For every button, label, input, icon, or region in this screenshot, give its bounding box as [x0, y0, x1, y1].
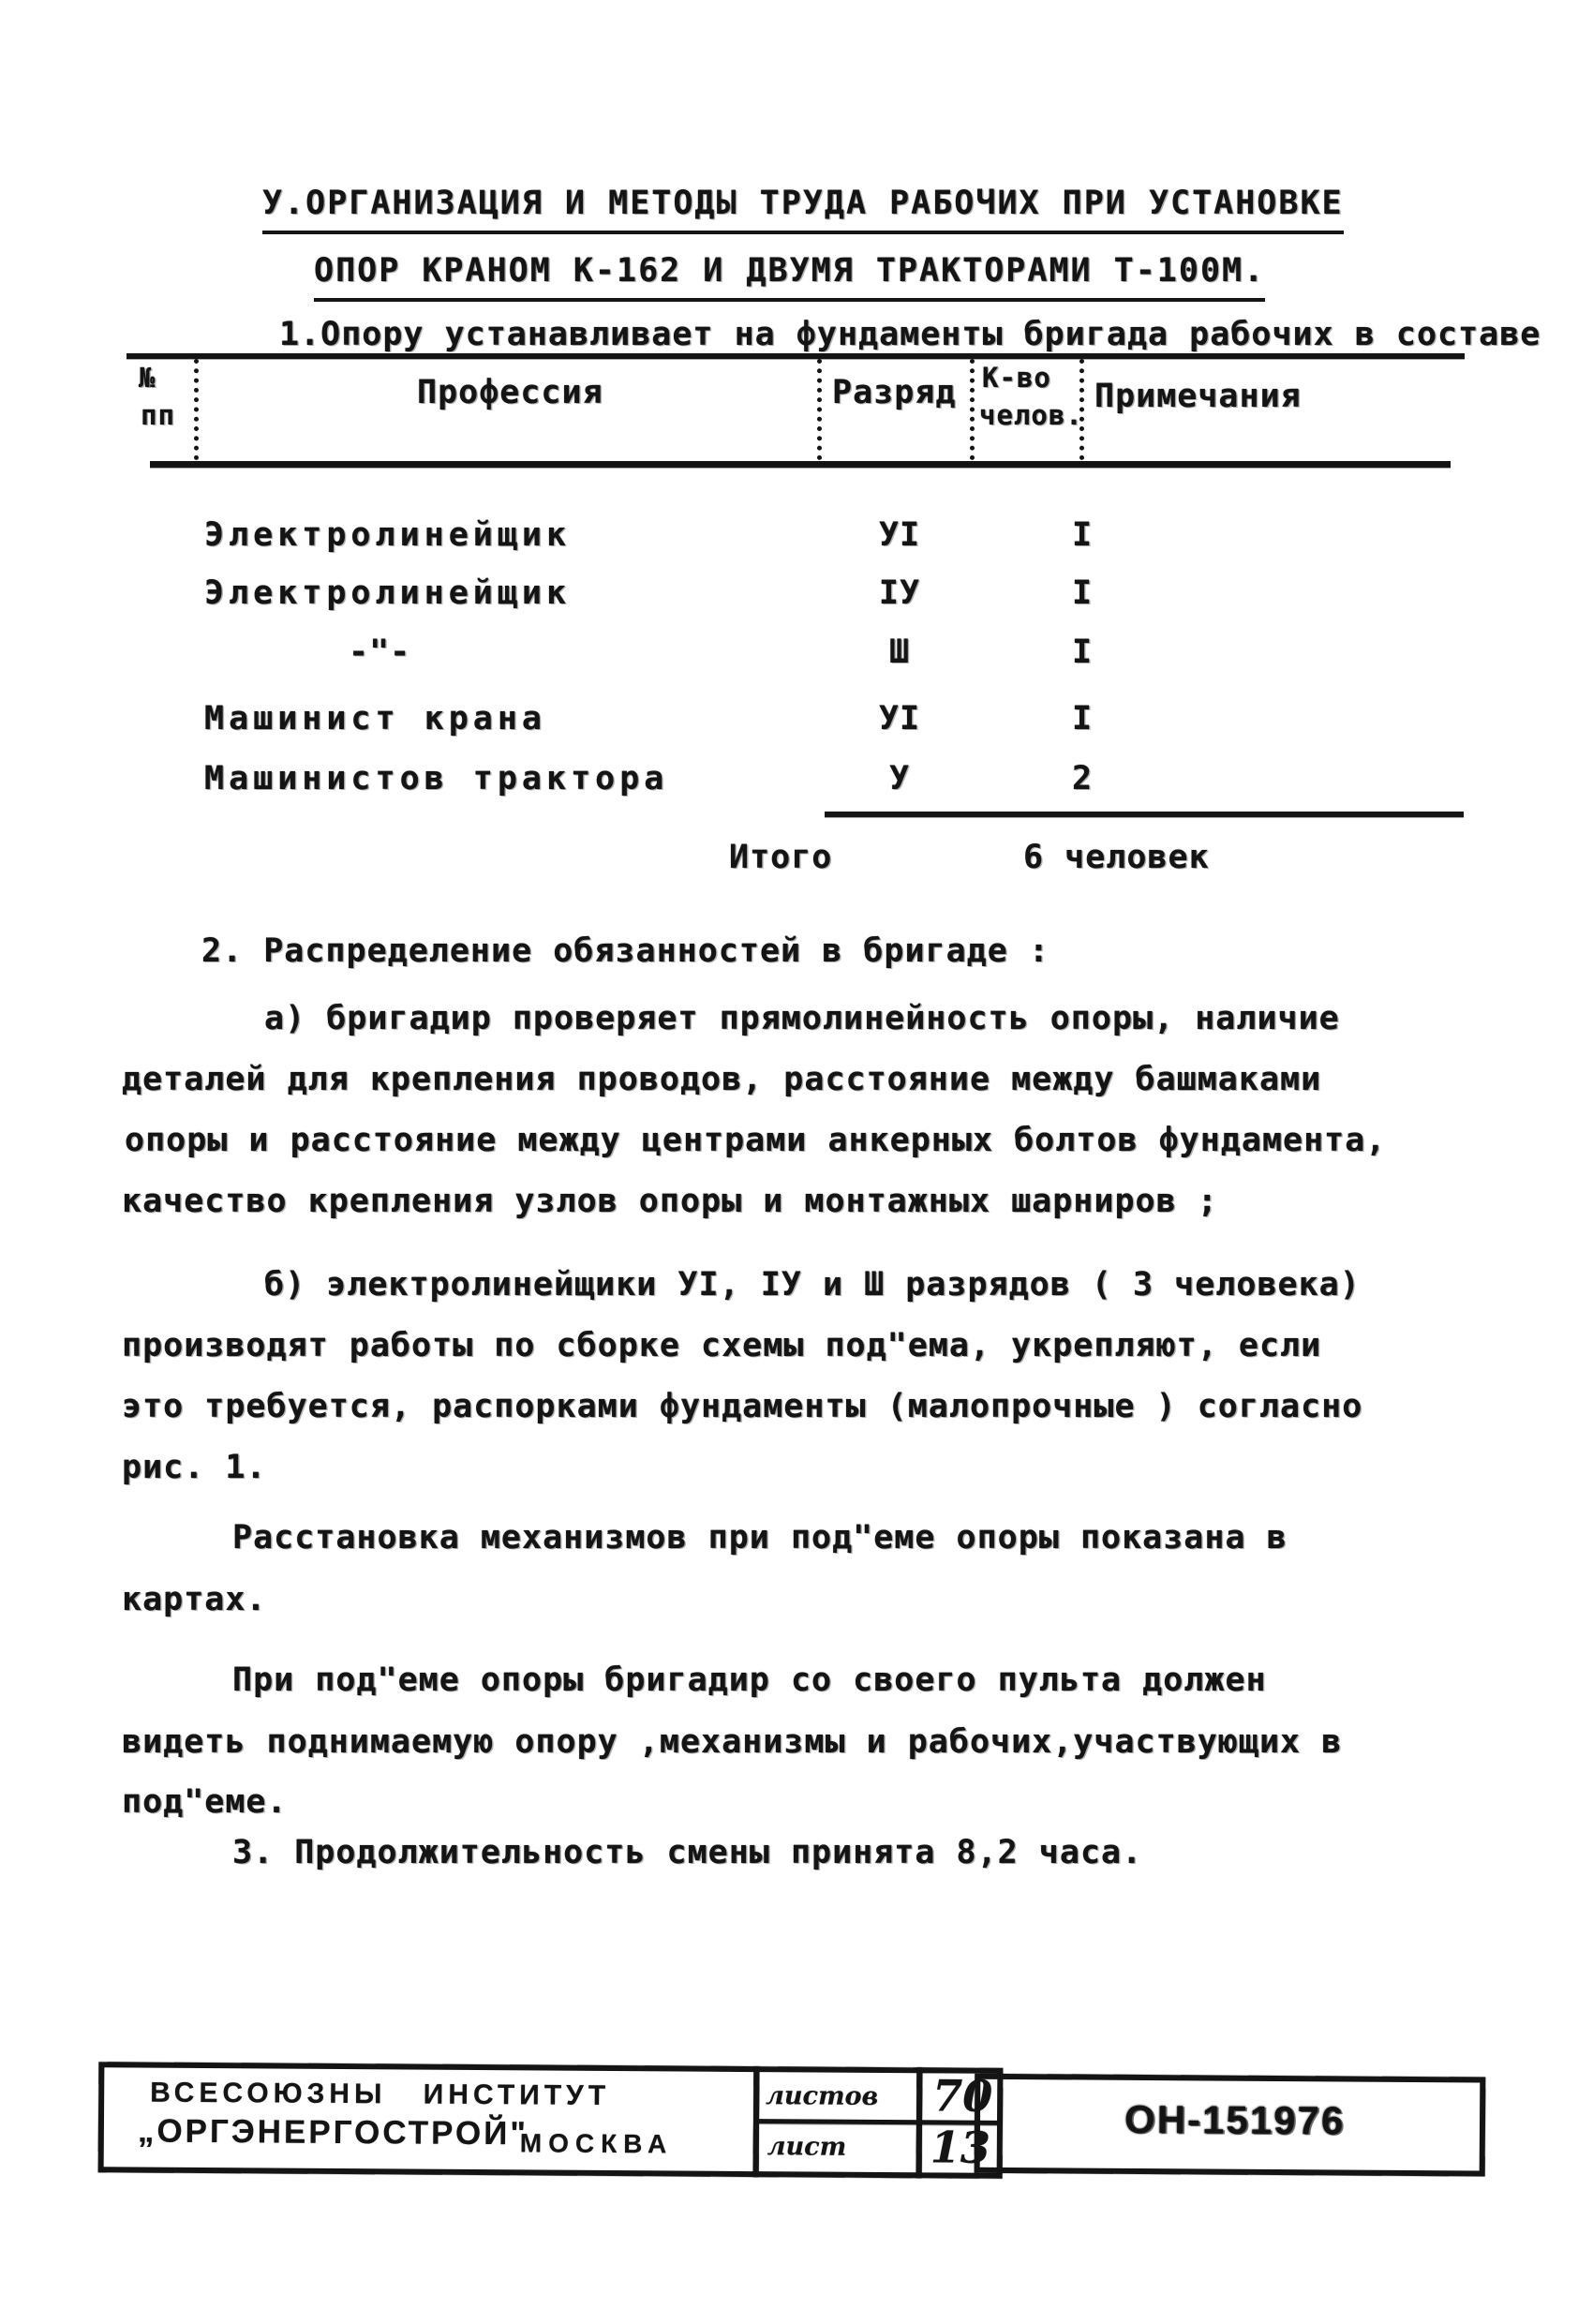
paragraph-a-line: опоры и расстояние между центрами анкерн…	[125, 1123, 1386, 1159]
org-name-line2: „ОРГЭНЕРГОСТРОЙ"	[138, 2112, 529, 2153]
sheet-number-value: 13	[930, 2122, 990, 2172]
sheets-total-value: 70	[932, 2070, 992, 2121]
row-profession: Электролинейщик	[204, 517, 571, 554]
row-count: I	[1035, 634, 1129, 671]
table-header-count1: К-во	[982, 364, 1051, 394]
title-block: ВСЕСОЮЗНЫ ИНСТИТУТ „ОРГЭНЕРГОСТРОЙ" МОСК…	[98, 2060, 1391, 2183]
row-grade: Ш	[843, 634, 956, 671]
paragraph-b-line: это требуется, распорками фундаменты (ма…	[122, 1389, 1362, 1425]
paragraph-d-line: видеть поднимаемую опору ,механизмы и ра…	[122, 1724, 1342, 1761]
org-name-line1: ВСЕСОЮЗНЫ ИНСТИТУТ	[150, 2078, 610, 2112]
row-grade: УI	[843, 517, 956, 554]
document-number: ОН-151976	[1124, 2097, 1345, 2144]
table-header-num: №	[139, 364, 156, 394]
org-city: МОСКВА	[520, 2128, 674, 2159]
row-grade: IУ	[843, 575, 956, 612]
table-header-count2: челов.	[979, 401, 1083, 431]
paragraph-a-line: деталей для крепления проводов, расстоян…	[122, 1062, 1321, 1098]
row-count: I	[1035, 701, 1129, 737]
table-total-rule	[825, 812, 1464, 817]
row-grade: УI	[843, 701, 956, 737]
row-count: 2	[1035, 761, 1129, 797]
row-profession: Машинистов трактора	[204, 761, 668, 797]
section2-heading: 2. Распределение обязанностей в бригаде …	[201, 933, 1050, 970]
row-count: I	[1035, 575, 1129, 612]
intro-sentence: 1.Опору устанавливает на фундаменты бриг…	[279, 317, 1541, 353]
paragraph-c-line: картах.	[122, 1582, 267, 1618]
row-grade: У	[843, 761, 956, 797]
row-profession-ditto: -"-	[349, 634, 410, 671]
table-col-divider	[194, 359, 199, 460]
paragraph-d-line: При под"еме опоры бригадир со своего пул…	[232, 1662, 1267, 1699]
table-col-divider	[970, 359, 975, 460]
table-total-value: 6 человек	[1023, 840, 1210, 876]
paragraph-a-line: а) бригадир проверяет прямолинейность оп…	[264, 1001, 1340, 1037]
paragraph-a-line: качество крепления узлов опоры и монтажн…	[122, 1184, 1218, 1220]
table-header-profession: Профессия	[417, 375, 603, 411]
paragraph-e-line: 3. Продолжительность смены принята 8,2 ч…	[232, 1835, 1142, 1871]
paragraph-b-line: рис. 1.	[122, 1450, 267, 1486]
table-header-rule	[150, 461, 1451, 468]
table-header-num2: пп	[141, 401, 175, 431]
paragraph-c-line: Расстановка механизмов при под"еме опоры…	[232, 1520, 1288, 1557]
document-page: У.ОРГАНИЗАЦИЯ И МЕТОДЫ ТРУДА РАБОЧИХ ПРИ…	[0, 0, 1593, 2324]
table-total-label: Итого	[729, 840, 832, 876]
table-top-rule	[127, 353, 1465, 359]
paragraph-b-line: б) электролинейщики УI, IУ и Ш разрядов …	[264, 1267, 1361, 1304]
paragraph-b-line: производят работы по сборке схемы под"ем…	[122, 1328, 1321, 1364]
paragraph-d-line: под"еме.	[122, 1784, 288, 1821]
row-profession: Электролинейщик	[204, 575, 571, 612]
document-title-line1: У.ОРГАНИЗАЦИЯ И МЕТОДЫ ТРУДА РАБОЧИХ ПРИ…	[262, 186, 1344, 234]
table-header-grade: Разряд	[832, 375, 956, 411]
row-profession: Машинист крана	[204, 701, 546, 737]
table-col-divider	[817, 359, 822, 460]
sheets-total-label: листов	[766, 2081, 878, 2111]
sheet-number-label: лист	[767, 2132, 847, 2162]
table-header-notes: Примечания	[1094, 379, 1302, 415]
row-count: I	[1035, 517, 1129, 554]
document-title-line2: ОПОР КРАНОМ К-162 И ДВУМЯ ТРАКТОРАМИ Т-1…	[314, 253, 1265, 302]
